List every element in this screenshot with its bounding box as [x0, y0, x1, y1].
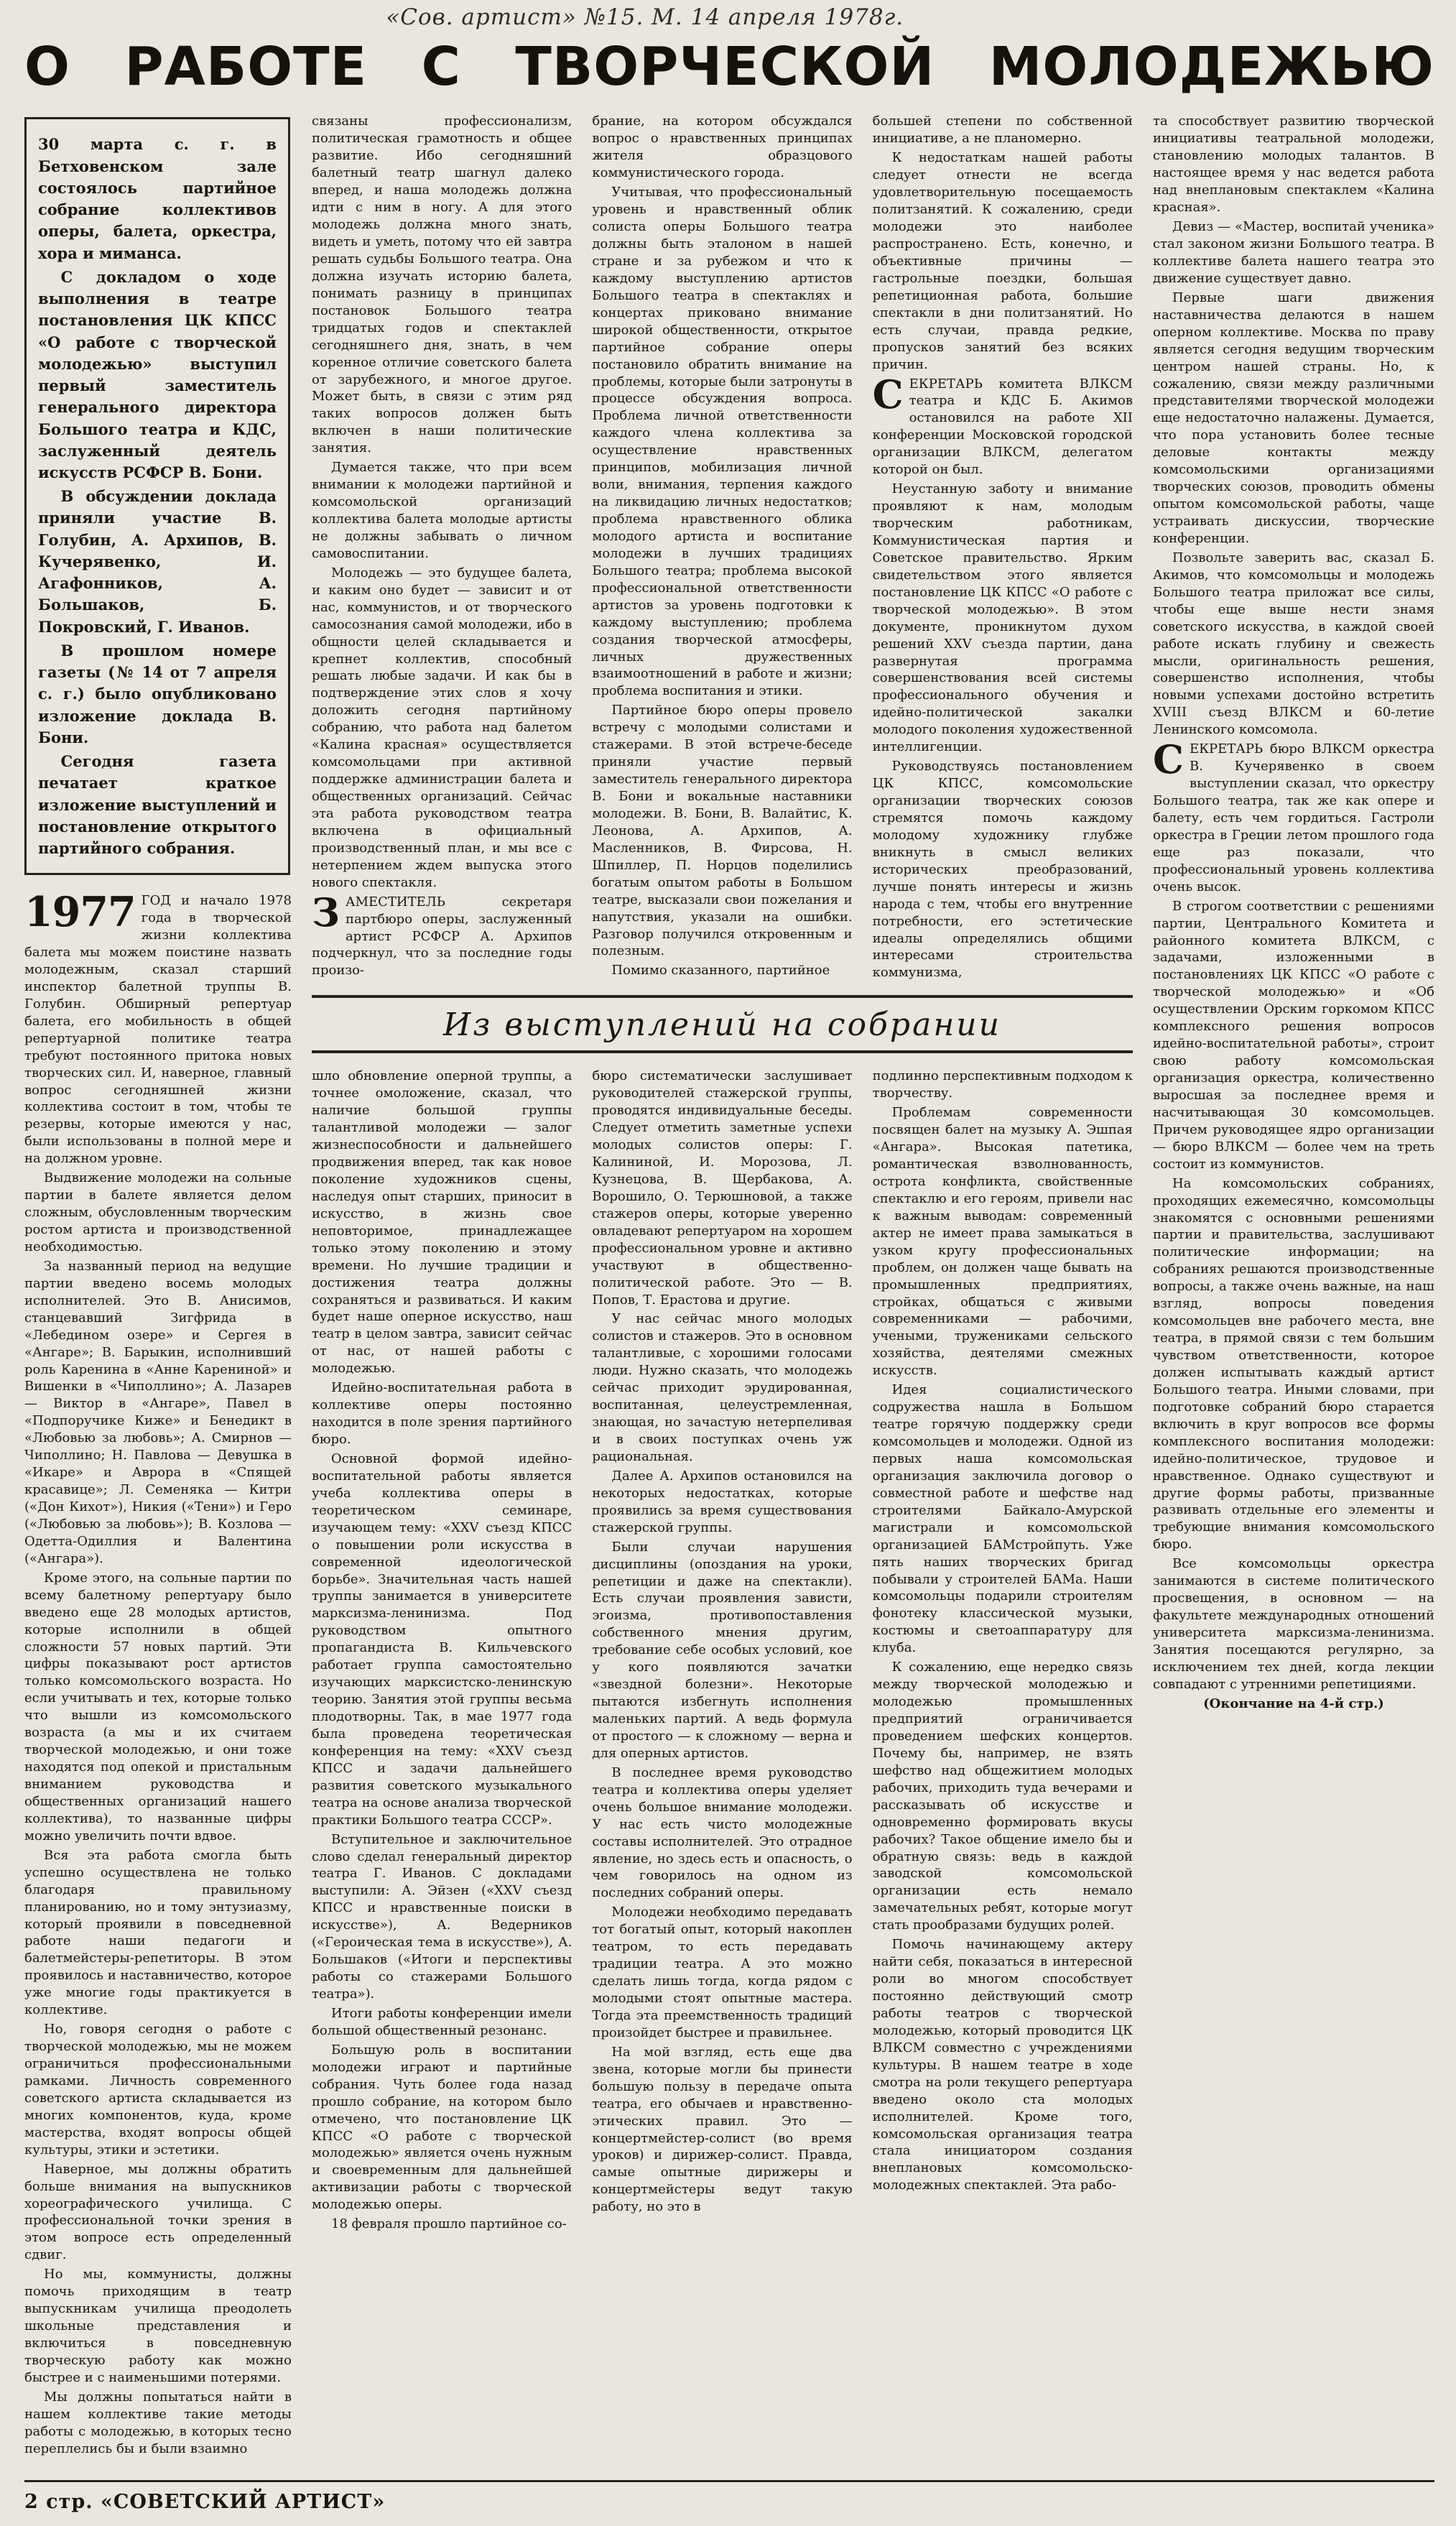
paragraph: У нас сейчас много молодых солистов и ст…: [592, 1310, 852, 1465]
paragraph: В последнее время руководство театра и к…: [592, 1764, 852, 1902]
paragraph: Большую роль в воспитании молодежи играю…: [312, 2042, 572, 2213]
paragraph: Были случаи нарушения дисциплины (опозда…: [592, 1539, 852, 1762]
paragraph: Неустанную заботу и внимание проявляют к…: [873, 481, 1133, 756]
paragraph: Идея социалистического содружества нашла…: [873, 1382, 1133, 1657]
paragraph: Мы должны попытаться найти в нашем колле…: [24, 2389, 292, 2458]
column-1: 30 марта с. г. в Бетховенском зале состо…: [24, 113, 292, 2459]
paragraph: Но, говоря сегодня о работе с творческой…: [24, 2021, 292, 2159]
column-4: большей степени по собственной инициатив…: [873, 113, 1133, 984]
section-column-b: бюро систематически заслушивает руководи…: [592, 1068, 852, 2235]
dropcap-z: З: [312, 894, 346, 928]
dropcap-1977: 1977: [24, 892, 142, 929]
speech-golubin: 1977ГОД и начало 1978 года в творческой …: [24, 892, 292, 2457]
paragraph-dropcap: 1977ГОД и начало 1978 года в творческой …: [24, 892, 292, 1167]
paragraph: Помочь начинающему актеру найти себя, по…: [873, 1936, 1133, 2194]
paragraph: К сожалению, еще нередко связь между тво…: [873, 1659, 1133, 1934]
paragraph: связаны профессионализм, политическая гр…: [312, 113, 572, 457]
paragraph: Позвольте заверить вас, сказал Б. Акимов…: [1153, 550, 1434, 739]
paragraph: Думается также, что при всем внимании к …: [312, 459, 572, 563]
paragraph: Наверное, мы должны обратить больше вним…: [24, 2161, 292, 2264]
paragraph: Кроме этого, на сольные партии по всему …: [24, 1570, 292, 1845]
paragraph: шло обновление оперной труппы, а точнее …: [312, 1068, 572, 1377]
page-footer: 2 стр. «СОВЕТСКИЙ АРТИСТ»: [24, 2480, 1434, 2513]
paragraph: большей степени по собственной инициатив…: [873, 113, 1133, 147]
paragraph: Выдвижение молодежи на сольные партии в …: [24, 1170, 292, 1256]
newspaper-page: «Сов. артист» №15. М. 14 апреля 1978г. О…: [0, 0, 1456, 2526]
paragraph: Но мы, коммунисты, должны помочь приходя…: [24, 2266, 292, 2387]
paragraph: Учитывая, что профессиональный уровень и…: [592, 184, 852, 700]
paragraph: Молодежи необходимо передавать тот богат…: [592, 1904, 852, 2042]
paragraph: Итоги работы конференции имели большой о…: [312, 2005, 572, 2040]
paragraph: Все комсомольцы оркестра занимаются в си…: [1153, 1555, 1434, 1693]
column-5: та способствует развитию творческой иниц…: [1153, 113, 1434, 2459]
paragraph: За названный период на ведущие партии вв…: [24, 1258, 292, 1568]
column-grid: 30 марта с. г. в Бетховенском зале состо…: [24, 113, 1434, 2459]
paragraph: Руководствуясь постановлением ЦК КПСС, к…: [873, 758, 1133, 981]
paragraph: 30 марта с. г. в Бетховенском зале состо…: [38, 134, 277, 264]
paragraph: Первые шаги движения наставничества дела…: [1153, 290, 1434, 547]
paragraph-dropcap: СЕКРЕТАРЬ бюро ВЛКСМ оркестра В. Кучеряв…: [1153, 741, 1434, 895]
paragraph: Проблемам современности посвящен балет н…: [873, 1104, 1133, 1379]
paragraph: Вся эта работа смогла быть успешно осуще…: [24, 1847, 292, 2019]
paragraph: На комсомольских собраниях, проходящих е…: [1153, 1175, 1434, 1554]
section-title: Из выступлений на собрании: [312, 998, 1133, 1050]
paragraph: В обсуждении доклада приняли участие В. …: [38, 486, 277, 638]
page-number-label: 2 стр. «СОВЕТСКИЙ АРТИСТ»: [24, 2491, 385, 2513]
section-rule-bottom: [312, 1050, 1133, 1053]
paragraph: 18 февраля прошло партийное со-: [312, 2216, 572, 2233]
paragraph: В прошлом номере газеты (№ 14 от 7 апрел…: [38, 640, 277, 749]
page-headline: О РАБОТЕ С ТВОРЧЕСКОЙ МОЛОДЕЖЬЮ: [24, 40, 1434, 94]
section-column-a: шло обновление оперной труппы, а точнее …: [312, 1068, 572, 2235]
paragraph: Идейно-воспитательная работа в коллектив…: [312, 1379, 572, 1448]
paragraph: Помимо сказанного, партийное: [592, 962, 852, 979]
paragraph: Сегодня газета печатает краткое изложени…: [38, 751, 277, 859]
paragraph: Вступительное и заключительное слово сде…: [312, 1831, 572, 2003]
intro-box: 30 марта с. г. в Бетховенском зале состо…: [24, 117, 290, 875]
dropcap-s: С: [1153, 741, 1190, 775]
column-3: брание, на котором обсуждался вопрос о н…: [592, 113, 852, 984]
paragraph: брание, на котором обсуждался вопрос о н…: [592, 113, 852, 182]
paragraph-dropcap: СЕКРЕТАРЬ комитета ВЛКСМ театра и КДС Б.…: [873, 376, 1133, 479]
section-column-c: подлинно перспективным подходом к творче…: [873, 1068, 1133, 2235]
paragraph: В строгом соответствии с решениями парти…: [1153, 898, 1434, 1173]
dropcap-s: С: [873, 376, 909, 410]
paragraph: Молодежь — это будущее балета, и каким о…: [312, 565, 572, 892]
paragraph: С докладом о ходе выполнения в театре по…: [38, 267, 277, 484]
paragraph-dropcap: ЗАМЕСТИТЕЛЬ секретаря партбюро оперы, за…: [312, 894, 572, 980]
paragraph: та способствует развитию творческой иниц…: [1153, 113, 1434, 216]
paragraph: Партийное бюро оперы провело встречу с м…: [592, 702, 852, 960]
top-columns: связаны профессионализм, политическая гр…: [312, 113, 1133, 984]
paragraph: К недостаткам нашей работы следует отнес…: [873, 149, 1133, 373]
continuation-note: (Окончание на 4-й стр.): [1153, 1695, 1434, 1713]
section-columns: шло обновление оперной труппы, а точнее …: [312, 1068, 1133, 2235]
paragraph: На мой взгляд, есть еще два звена, котор…: [592, 2044, 852, 2216]
paragraph: подлинно перспективным подходом к творче…: [873, 1068, 1133, 1102]
paragraph: Далее А. Архипов остановился на некоторы…: [592, 1468, 852, 1537]
handwritten-annotation: «Сов. артист» №15. М. 14 апреля 1978г.: [24, 4, 1434, 39]
middle-zone: связаны профессионализм, политическая гр…: [312, 113, 1133, 2459]
column-2: связаны профессионализм, политическая гр…: [312, 113, 572, 984]
paragraph: Девиз — «Мастер, воспитай ученика» стал …: [1153, 218, 1434, 287]
paragraph: Основной формой идейно-воспитательной ра…: [312, 1451, 572, 1829]
paragraph: бюро систематически заслушивает руководи…: [592, 1068, 852, 1308]
